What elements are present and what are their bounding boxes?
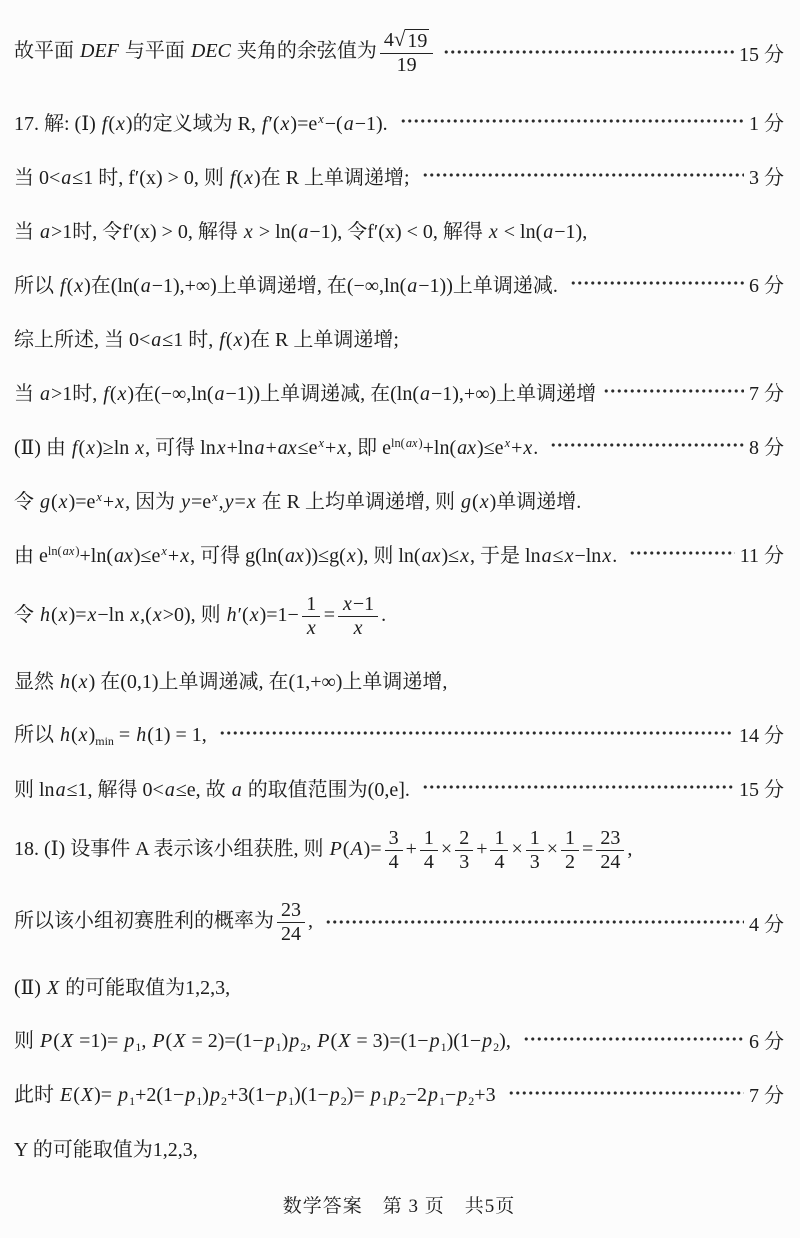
text-run: ≤1, 解得 0< [67, 779, 164, 801]
text-run: = [582, 838, 593, 860]
math-variable: x [87, 604, 98, 626]
text-run: = [235, 491, 246, 513]
text-run: −1), [554, 221, 587, 243]
math-variable: g [39, 491, 51, 513]
text-run: ) [126, 113, 133, 135]
math-variable: a [150, 329, 162, 351]
text-run: −ln [97, 604, 129, 626]
math-variable: a [231, 779, 243, 801]
text-run: 1 [565, 827, 575, 849]
denominator: 24 [596, 851, 624, 873]
superscript: x [160, 544, 168, 558]
text-run: 的取值范围为(0,e]. [243, 779, 415, 801]
numerator: x−1 [338, 594, 378, 617]
text-run: )=1− [260, 604, 299, 626]
answer-line: 则 P(X =1)= p1, P(X = 2)=(1−p1)p2, P(X = … [14, 1012, 784, 1066]
document-page: 故平面 DEF 与平面 DEC 夹角的余弦值为4√191915 分17. 解: … [0, 0, 800, 1238]
line-content: 故平面 DEF 与平面 DEC 夹角的余弦值为4√1919 [14, 29, 436, 76]
math-variable: ax [405, 436, 419, 450]
math-variable: ax [284, 545, 305, 567]
text-run: 的定义域为 R, [133, 113, 261, 135]
math-variable: x [160, 544, 168, 558]
text-run: 19 [407, 30, 427, 52]
text-run: 在(−∞,ln( [134, 383, 213, 405]
line-content: 则 lna≤1, 解得 0<a≤e, 故 a 的取值范围为(0,e]. [14, 773, 415, 802]
math-variable: a [419, 383, 431, 405]
fraction: x−1x [338, 594, 378, 639]
math-variable: p [288, 1030, 300, 1052]
math-variable: x [58, 491, 69, 513]
math-variable: P [316, 1030, 330, 1052]
math-variable: x [243, 167, 254, 189]
text-run: 当 0< [14, 167, 60, 189]
line-content: 当 a>1时, f(x)在(−∞,ln(a−1))上单调递减, 在(ln(a−1… [14, 377, 596, 406]
superscript: ln(ax) [391, 436, 423, 450]
math-variable: g [460, 491, 472, 513]
line-content: 当 a>1时, 令f′(x) > 0, 解得 x > ln(a−1), 令f′(… [14, 215, 587, 244]
text-run: −ln [574, 545, 601, 567]
text-run: 在(ln( [91, 275, 140, 297]
text-run: 1 [424, 827, 434, 849]
text-run: 1 [306, 593, 316, 615]
text-run: 的可能取值为1,2,3, [60, 977, 230, 999]
text-run: + [511, 437, 522, 459]
radical: √19 [394, 29, 430, 52]
dotted-leader [570, 280, 744, 286]
line-content: 所以 h(x)min = h(1) = 1, [14, 718, 212, 747]
math-variable: a [39, 221, 51, 243]
numerator: 4√19 [380, 29, 434, 54]
answer-line: 所以该小组初赛胜利的概率为2324, 4 分 [14, 886, 784, 958]
line-content: 令 g(x)=ex+x, 因为 y=ex,y=x 在 R 上均单调递增, 则 g… [14, 485, 581, 514]
dotted-leader [422, 784, 734, 790]
page-footer: 数学答案 第 3 页 共5页 [14, 1183, 784, 1232]
math-variable: ax [421, 545, 442, 567]
text-run: −1),+∞)上单调递增 [431, 383, 596, 405]
text-run: 与平面 [120, 40, 190, 62]
superscript: ln(ax) [48, 544, 80, 558]
math-variable: x [280, 113, 291, 135]
text-run: ) [202, 1084, 209, 1106]
denominator: 19 [393, 54, 421, 76]
text-run: +ln [227, 437, 254, 459]
text-run: 1 [494, 827, 504, 849]
text-run: ( [51, 604, 58, 626]
dotted-leader [629, 550, 735, 556]
answer-line: 当 a>1时, 令f′(x) > 0, 解得 x > ln(a−1), 令f′(… [14, 202, 784, 256]
text-run: ≤1 时, [162, 329, 218, 351]
text-run: ≤ [553, 545, 564, 567]
line-content: (Ⅱ) X 的可能取值为1,2,3, [14, 971, 230, 1000]
math-variable: y [180, 491, 191, 513]
dotted-leader [443, 49, 734, 55]
score-label: 1 分 [749, 107, 784, 136]
math-variable: X [337, 1030, 351, 1052]
math-variable: h [39, 604, 51, 626]
math-variable: f [102, 383, 110, 405]
numerator: 3 [385, 828, 403, 851]
line-content: Y 的可能取值为1,2,3, [14, 1133, 198, 1162]
text-run: (1) = 1, [147, 724, 212, 746]
superscript: x [95, 490, 103, 504]
text-run: −1), 令f′(x) < 0, 解得 [309, 221, 488, 243]
text-run: ( [226, 329, 233, 351]
text-run: 23 [600, 827, 620, 849]
denominator: 2 [561, 851, 579, 873]
text-run: 所以 [14, 275, 59, 297]
text-run: 2 [459, 827, 469, 849]
line-content: 当 0<a≤1 时, f′(x) > 0, 则 f(x)在 R 上单调递增; [14, 161, 415, 190]
text-run: )≤e [134, 545, 161, 567]
text-run: 19 [397, 54, 417, 76]
score-label: 8 分 [749, 431, 784, 460]
math-variable: P [329, 838, 343, 860]
line-content: 由 eln(ax)+ln(ax)≤ex+x, 可得 g(ln(ax))≤g(x)… [14, 539, 622, 568]
math-variable: a [541, 545, 553, 567]
text-run: =e [191, 491, 211, 513]
text-run: 当 [14, 383, 39, 405]
numerator: 1 [302, 594, 320, 617]
text-run: ( [108, 113, 115, 135]
answer-line: 故平面 DEF 与平面 DEC 夹角的余弦值为4√191915 分 [14, 10, 784, 94]
text-run: + [265, 437, 276, 459]
text-run: ≥ln [103, 437, 135, 459]
text-run: 3 [389, 827, 399, 849]
dotted-leader [523, 1036, 744, 1042]
text-run: ( [71, 724, 78, 746]
text-run: ), [499, 1030, 516, 1052]
text-run: ( [53, 1030, 60, 1052]
text-run: = [370, 838, 381, 860]
math-variable: a [164, 779, 176, 801]
text-run: ))≤g( [305, 545, 346, 567]
text-run: )≤ [442, 545, 460, 567]
math-variable: f [218, 329, 226, 351]
text-run: − [445, 1084, 456, 1106]
math-variable: a [343, 113, 355, 135]
radicand: 19 [405, 29, 429, 52]
text-run: =e [75, 491, 95, 513]
text-run: 4 [494, 851, 504, 873]
text-run: = [101, 1084, 117, 1106]
text-run: )=e [290, 113, 317, 135]
math-variable: A [349, 838, 363, 860]
text-run: 夹角的余弦值为 [232, 40, 377, 62]
text-run: ≤e [298, 437, 318, 459]
text-run: 显然 [14, 671, 59, 693]
text-run: . [612, 545, 622, 567]
answer-line: (Ⅱ) 由 f(x)≥ln x, 可得 lnx+lna+ax≤ex+x, 即 e… [14, 418, 784, 472]
text-run: 此时 [14, 1084, 59, 1106]
text-run: = [75, 604, 86, 626]
text-run: , 因为 [125, 491, 180, 513]
math-variable: p [427, 1084, 439, 1106]
dotted-leader [400, 118, 744, 124]
text-run: 单调递增. [496, 491, 581, 513]
denominator: 4 [490, 851, 508, 873]
answer-line: 当 a>1时, f(x)在(−∞,ln(a−1))上单调递减, 在(ln(a−1… [14, 364, 784, 418]
score-label: 7 分 [749, 1079, 784, 1108]
math-variable: a [60, 167, 72, 189]
denominator: 4 [385, 851, 403, 873]
text-run: 1 [530, 827, 540, 849]
line-content: 18. (Ⅰ) 设事件 A 表示该小组获胜, 则 P(A)=34+14×23+1… [14, 828, 632, 873]
math-variable: f [59, 275, 67, 297]
text-run: ≤1 时, f′(x) > 0, 则 [72, 167, 229, 189]
text-run: ,( [140, 604, 152, 626]
score-label: 6 分 [749, 1025, 784, 1054]
math-variable: p [123, 1030, 135, 1052]
fraction: 1x [302, 594, 321, 639]
text-run: 3 [530, 851, 540, 873]
math-variable: p [264, 1030, 276, 1052]
text-run: 综上所述, 当 0< [14, 329, 150, 351]
math-variable: h [59, 724, 71, 746]
text-run: )(1− [447, 1030, 482, 1052]
numerator: 2 [455, 828, 473, 851]
score-label: 7 分 [749, 377, 784, 406]
text-run: 24 [281, 923, 301, 945]
line-content: (Ⅱ) 由 f(x)≥ln x, 可得 lnx+lna+ax≤ex+x, 即 e… [14, 431, 543, 460]
text-run: ( [73, 1084, 80, 1106]
math-variable: p [329, 1084, 341, 1106]
numerator: 1 [526, 828, 544, 851]
text-run: , [627, 838, 632, 860]
text-run: 令 [14, 604, 39, 626]
text-run: × [441, 838, 452, 860]
denominator: 24 [277, 923, 305, 945]
math-variable: x [233, 329, 244, 351]
text-run: ≤e, 故 [176, 779, 231, 801]
math-variable: X [60, 1030, 74, 1052]
text-run: , [219, 491, 224, 513]
math-variable: ax [456, 437, 477, 459]
text-run: +ln( [423, 437, 457, 459]
text-run: ( [51, 491, 58, 513]
text-run: )≤e [477, 437, 504, 459]
text-run: >1时, [51, 383, 102, 405]
text-run: , [141, 1030, 151, 1052]
score-label: 15 分 [739, 773, 784, 802]
answer-line: 17. 解: (Ⅰ) f(x)的定义域为 R, f′(x)=ex−(a−1). … [14, 94, 784, 148]
dotted-leader [325, 919, 744, 925]
math-variable: x [243, 221, 254, 243]
score-label: 6 分 [749, 269, 784, 298]
text-run: )(1− [294, 1084, 329, 1106]
answer-line: 则 lna≤1, 解得 0<a≤e, 故 a 的取值范围为(0,e]. 15 分 [14, 760, 784, 814]
fraction: 4√1919 [380, 29, 434, 76]
text-run: , 可得 g(ln( [190, 545, 284, 567]
math-variable: x [353, 617, 364, 639]
fraction: 2324 [596, 828, 624, 873]
fraction: 23 [455, 828, 473, 873]
math-variable: x [336, 437, 347, 459]
text-run: >0), 则 [163, 604, 226, 626]
answer-line: 所以 f(x)在(ln(a−1),+∞)上单调递增, 在(−∞,ln(a−1))… [14, 256, 784, 310]
text-run: 4 [389, 851, 399, 873]
text-run: = 2)=(1− [186, 1030, 263, 1052]
math-variable: a [406, 275, 418, 297]
text-run: 当 [14, 221, 39, 243]
text-run: , 于是 ln [470, 545, 541, 567]
answer-line: 此时 E(X)= p1+2(1−p1)p2+3(1−p1)(1−p2)= p1p… [14, 1066, 784, 1120]
math-variable: x [78, 724, 89, 746]
text-run: 则 ln [14, 779, 55, 801]
math-variable: x [129, 604, 140, 626]
superscript: x [504, 436, 512, 450]
math-variable: x [488, 221, 499, 243]
fraction: 12 [561, 828, 579, 873]
line-content: 所以该小组初赛胜利的概率为2324, [14, 900, 318, 945]
math-variable: x [479, 491, 490, 513]
radical-sign: √ [394, 29, 406, 50]
text-run: =1)= [74, 1030, 123, 1052]
answer-line: 18. (Ⅰ) 设事件 A 表示该小组获胜, 则 P(A)=34+14×23+1… [14, 814, 784, 886]
answer-line: 当 0<a≤1 时, f′(x) > 0, 则 f(x)在 R 上单调递增; 3… [14, 148, 784, 202]
text-run: +3(1− [227, 1084, 276, 1106]
math-variable: DEC [190, 40, 232, 62]
fraction: 34 [385, 828, 403, 873]
text-run: 令 [14, 491, 39, 513]
math-variable: h [226, 604, 238, 626]
line-content: 令 h(x)=x−ln x,(x>0), 则 h′(x)=1−1x=x−1x. [14, 594, 386, 639]
text-run: 24 [600, 851, 620, 873]
text-run: −1 [353, 593, 374, 615]
text-run: ln( [391, 436, 405, 450]
math-variable: x [95, 490, 103, 504]
math-variable: p [276, 1084, 288, 1106]
math-variable: a [542, 221, 554, 243]
text-run: , [306, 1030, 316, 1052]
text-run: = 3)=(1− [351, 1030, 428, 1052]
text-run: , 即 e [347, 437, 391, 459]
score-label: 14 分 [739, 719, 784, 748]
fraction: 13 [526, 828, 544, 873]
math-variable: ax [62, 544, 76, 558]
math-variable: P [39, 1030, 53, 1052]
math-variable: X [46, 977, 60, 999]
answer-lines: 故平面 DEF 与平面 DEC 夹角的余弦值为4√191915 分17. 解: … [14, 10, 784, 1174]
math-variable: x [134, 437, 145, 459]
text-run: ), 则 ln( [357, 545, 421, 567]
math-variable: x [346, 545, 357, 567]
math-variable: a [55, 779, 67, 801]
text-run: 4 [424, 851, 434, 873]
text-run: = [324, 604, 335, 626]
math-variable: x [211, 490, 219, 504]
math-variable: a [39, 383, 51, 405]
superscript: x [317, 436, 325, 450]
text-run: 由 e [14, 545, 48, 567]
dotted-leader [508, 1090, 744, 1096]
text-run: −1). [355, 113, 393, 135]
text-run: 3 [459, 851, 469, 873]
text-run: ln( [48, 544, 62, 558]
answer-line: 由 eln(ax)+ln(ax)≤ex+x, 可得 g(ln(ax))≤g(x)… [14, 526, 784, 580]
math-variable: a [214, 383, 226, 405]
math-variable: a [253, 437, 265, 459]
math-variable: x [522, 437, 533, 459]
text-run: 在 R 上单调递增; [261, 167, 415, 189]
dotted-leader [603, 388, 744, 394]
text-run: < ln( [499, 221, 543, 243]
answer-line: 显然 h(x) 在(0,1)上单调递减, 在(1,+∞)上单调递增, [14, 652, 784, 706]
text-run: 在 R 上均单调递增, 则 [257, 491, 460, 513]
math-variable: x [78, 671, 89, 693]
math-variable: x [504, 436, 512, 450]
text-run: ′( [268, 113, 279, 135]
score-label: 11 分 [740, 539, 784, 568]
numerator: 1 [561, 828, 579, 851]
text-run: + [103, 491, 114, 513]
fraction: 14 [420, 828, 438, 873]
subscript: min [95, 735, 114, 749]
math-variable: p [429, 1030, 441, 1052]
math-variable: x [117, 383, 128, 405]
math-variable: p [209, 1084, 221, 1106]
line-content: 此时 E(X)= p1+2(1−p1)p2+3(1−p1)(1−p2)= p1p… [14, 1078, 501, 1107]
dotted-leader [422, 172, 744, 178]
math-variable: E [59, 1084, 73, 1106]
text-run: 所以该小组初赛胜利的概率为 [14, 910, 274, 932]
text-run: + [325, 437, 336, 459]
denominator: 3 [455, 851, 473, 873]
math-variable: x [249, 604, 260, 626]
text-run: +2(1− [135, 1084, 184, 1106]
text-run: 18. (Ⅰ) 设事件 A 表示该小组获胜, 则 [14, 838, 329, 860]
text-run: , 可得 ln [145, 437, 216, 459]
denominator: 3 [526, 851, 544, 873]
score-label: 4 分 [749, 908, 784, 937]
text-run: × [511, 838, 522, 860]
text-run: +ln( [80, 545, 114, 567]
answer-line: 综上所述, 当 0<a≤1 时, f(x)在 R 上单调递增; [14, 310, 784, 364]
text-run: −1))上单调递减, 在(ln( [226, 383, 419, 405]
subscript: 1 [382, 1095, 388, 1109]
denominator: x [349, 617, 368, 639]
text-run: ( [71, 671, 78, 693]
math-variable: x [115, 113, 126, 135]
text-run: > ln( [254, 221, 298, 243]
math-variable: ax [277, 437, 298, 459]
math-variable: h [59, 671, 71, 693]
line-content: 显然 h(x) 在(0,1)上单调递减, 在(1,+∞)上单调递增, [14, 665, 447, 694]
text-run: + [406, 838, 417, 860]
math-variable: x [601, 545, 612, 567]
text-run: ( [472, 491, 479, 513]
line-content: 所以 f(x)在(ln(a−1),+∞)上单调递增, 在(−∞,ln(a−1))… [14, 269, 563, 298]
math-variable: a [140, 275, 152, 297]
math-variable: p [481, 1030, 493, 1052]
dotted-leader [550, 442, 744, 448]
math-variable: DEF [79, 40, 120, 62]
text-run: . [381, 604, 386, 626]
math-variable: h [135, 724, 147, 746]
text-run: min [95, 735, 114, 749]
math-variable: X [80, 1084, 94, 1106]
text-run: , [308, 910, 318, 932]
fraction: 2324 [277, 900, 305, 945]
math-variable: P [151, 1030, 165, 1052]
text-run: ) [96, 437, 103, 459]
text-run: 则 [14, 1030, 39, 1052]
text-run: + [476, 838, 487, 860]
math-variable: p [117, 1084, 129, 1106]
answer-line: 令 h(x)=x−ln x,(x>0), 则 h′(x)=1−1x=x−1x. [14, 580, 784, 652]
math-variable: x [114, 491, 125, 513]
text-run: −1))上单调递减. [418, 275, 563, 297]
line-content: 17. 解: (Ⅰ) f(x)的定义域为 R, f′(x)=ex−(a−1). [14, 107, 393, 136]
